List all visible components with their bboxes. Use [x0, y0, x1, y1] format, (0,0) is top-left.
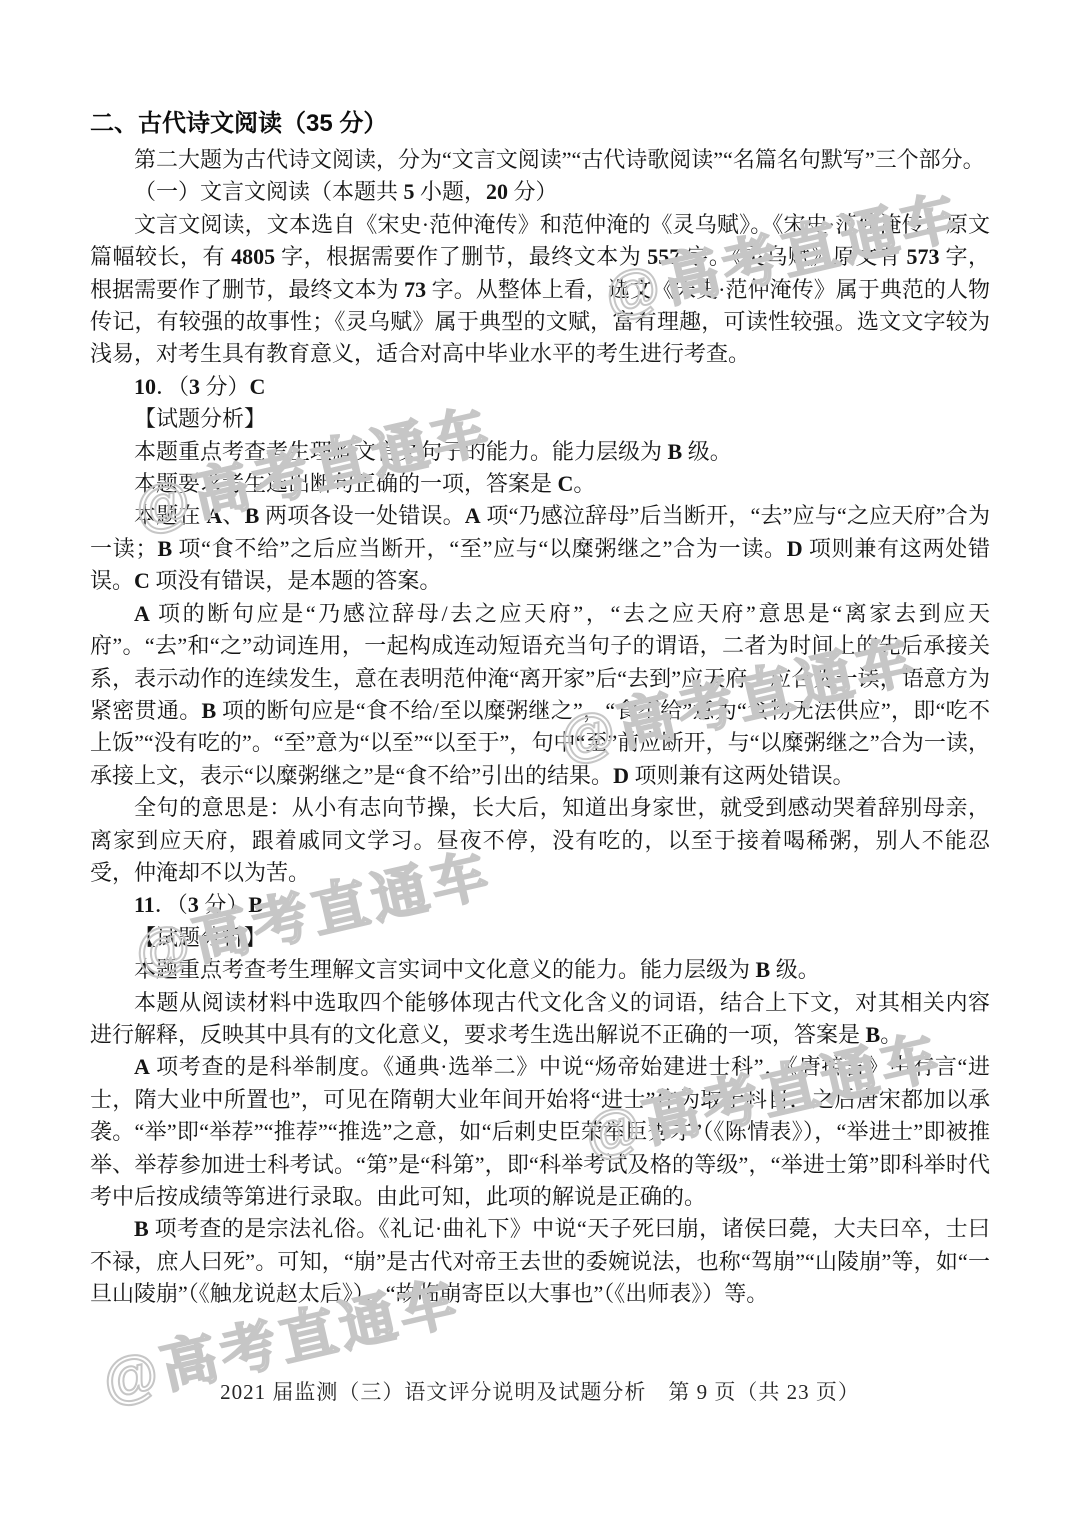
paragraph: （一）文言文阅读（本题共 5 小题，20 分） — [90, 176, 990, 208]
paragraph: 本题从阅读材料中选取四个能够体现古代文化含义的词语，结合上下文，对其相关内容进行… — [90, 987, 990, 1052]
paragraph: 【试题分析】 — [90, 403, 990, 435]
paragraph: B 项考查的是宗法礼俗。《礼记·曲礼下》中说“天子死曰崩，诸侯曰薨，大夫曰卒，士… — [90, 1213, 990, 1310]
paragraph: A 项的断句应是“乃感泣辞母/去之应天府”，“去之应天府”意思是“离家去到应天府… — [90, 598, 990, 792]
paragraph: 本题重点考查考生理解文言实词中文化意义的能力。能力层级为 B 级。 — [90, 954, 990, 986]
paragraph: 【试题分析】 — [90, 922, 990, 954]
document-body: 二、古代诗文阅读（35 分） 第二大题为古代诗文阅读，分为“文言文阅读”“古代诗… — [90, 106, 990, 1311]
document-page: 二、古代诗文阅读（35 分） 第二大题为古代诗文阅读，分为“文言文阅读”“古代诗… — [0, 0, 1080, 1528]
section-heading: 二、古代诗文阅读（35 分） — [90, 106, 990, 142]
paragraph: 10．（3 分）C — [90, 371, 990, 403]
paragraph: 全句的意思是：从小有志向节操，长大后，知道出身家世，就受到感动哭着辞别母亲，离家… — [90, 792, 990, 889]
paragraph: 11．（3 分）B — [90, 889, 990, 921]
page-footer: 2021 届监测（三）语文评分说明及试题分析 第 9 页（共 23 页） — [0, 1378, 1080, 1406]
paragraph: 本题在 A、B 两项各设一处错误。A 项“乃感泣辞母”后当断开，“去”应与“之应… — [90, 500, 990, 597]
paragraph: 本题要求考生选出断句正确的一项，答案是 C。 — [90, 468, 990, 500]
paragraph: 第二大题为古代诗文阅读，分为“文言文阅读”“古代诗歌阅读”“名篇名句默写”三个部… — [90, 144, 990, 176]
paragraph: A 项考查的是科举制度。《通典·选举二》中说“炀帝始建进士科”，《唐摭言》中有言… — [90, 1051, 990, 1213]
paragraphs: 第二大题为古代诗文阅读，分为“文言文阅读”“古代诗歌阅读”“名篇名句默写”三个部… — [90, 144, 990, 1311]
paragraph: 本题重点考查考生理解文言文句子的能力。能力层级为 B 级。 — [90, 436, 990, 468]
paragraph: 文言文阅读，文本选自《宋史·范仲淹传》和范仲淹的《灵乌赋》。《宋史·范仲淹传》原… — [90, 209, 990, 371]
